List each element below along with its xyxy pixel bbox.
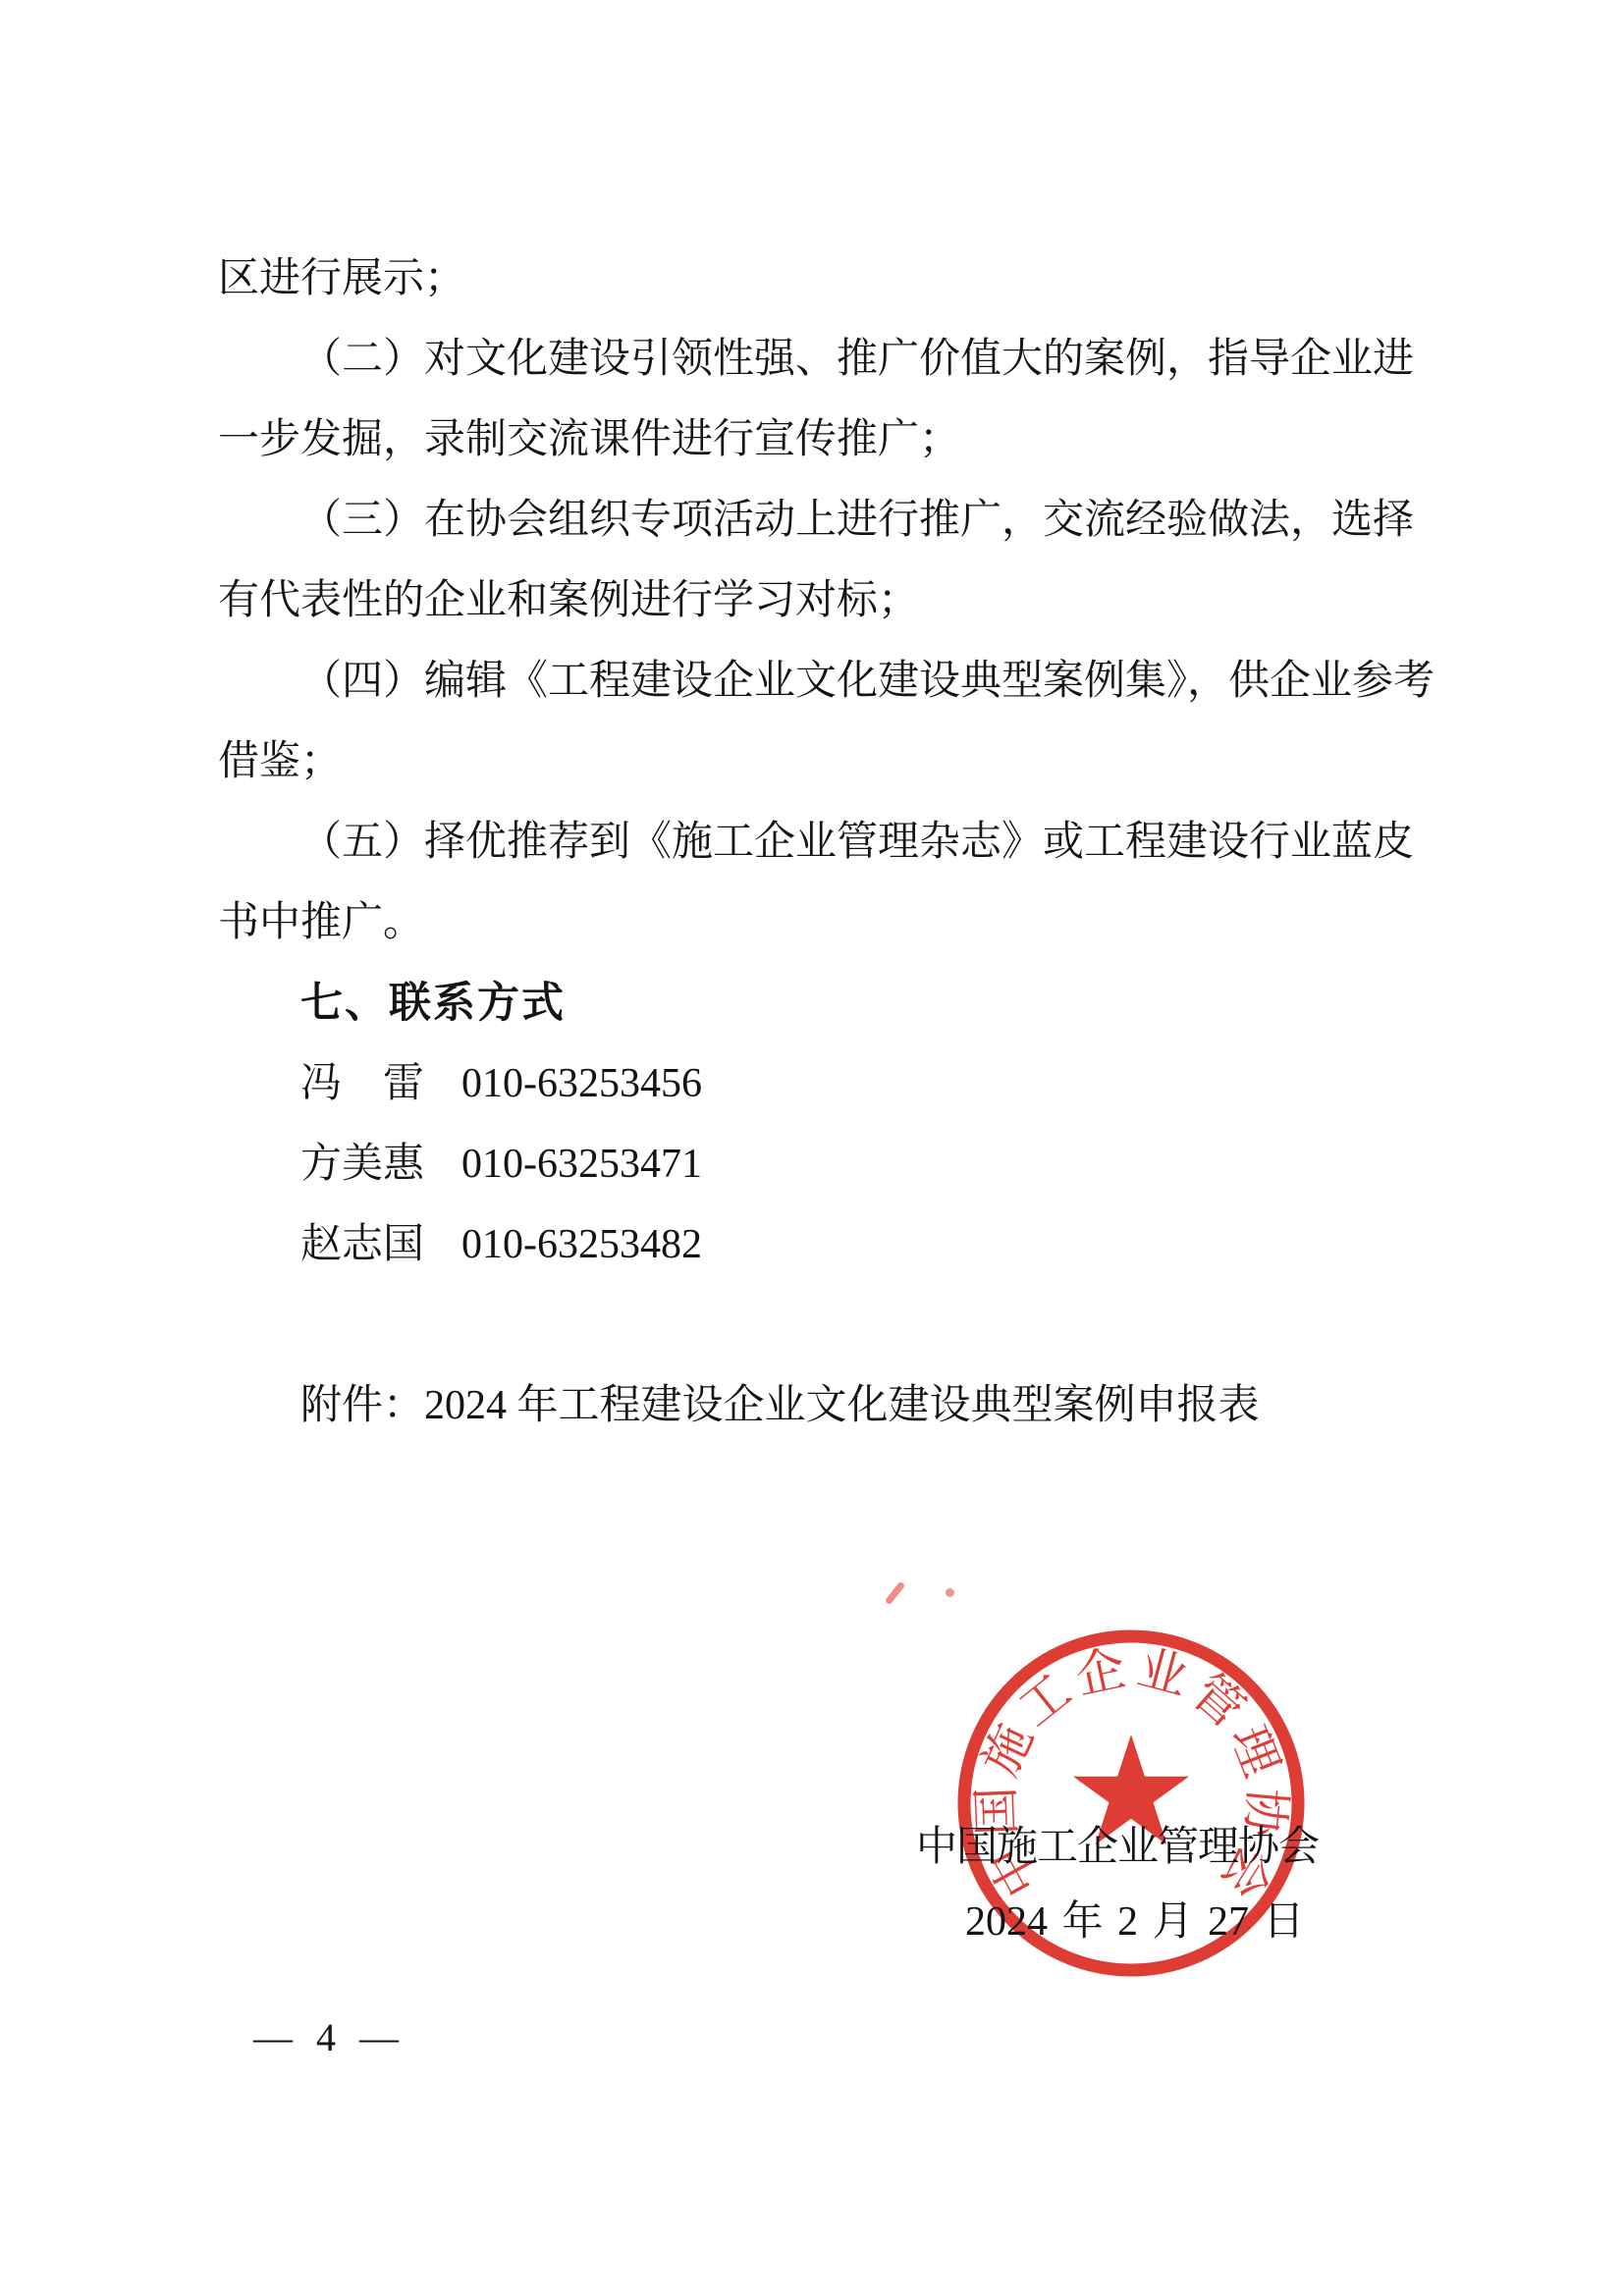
paragraph-continuation: 区进行展示； bbox=[218, 239, 1455, 319]
paragraph-item-5: （五）择优推荐到《施工企业管理杂志》或工程建设行业蓝皮 书中推广。 bbox=[218, 802, 1455, 963]
signature-date: 2024 年 2 月 27 日 bbox=[965, 1889, 1305, 1948]
contact-phone: 010-63253456 bbox=[461, 1043, 702, 1124]
contact-name: 赵志国 bbox=[300, 1204, 461, 1285]
paragraph-item-3: （三）在协会组织专项活动上进行推广，交流经验做法，选择 有代表性的企业和案例进行… bbox=[218, 480, 1455, 641]
seal-ink-speck bbox=[946, 1588, 954, 1597]
contact-row: 赵志国 010-63253482 bbox=[218, 1204, 1455, 1285]
paragraph-item-4: （四）编辑《工程建设企业文化建设典型案例集》，供企业参考 借鉴； bbox=[218, 641, 1455, 802]
signature-organization: 中国施工企业管理协会 bbox=[916, 1814, 1319, 1873]
page-number: — 4 — bbox=[253, 2014, 403, 2060]
seal-ink-speck bbox=[885, 1581, 906, 1606]
contact-name: 方美惠 bbox=[300, 1124, 461, 1204]
contact-row: 方美惠 010-63253471 bbox=[218, 1124, 1455, 1204]
document-body: 区进行展示； （二）对文化建设引领性强、推广价值大的案例，指导企业进 一步发掘，… bbox=[218, 239, 1455, 1446]
contact-phone: 010-63253471 bbox=[461, 1124, 702, 1204]
contact-name: 冯 雷 bbox=[300, 1043, 461, 1124]
section-heading: 七、联系方式 bbox=[218, 963, 1455, 1043]
attachment-line: 附件：2024 年工程建设企业文化建设典型案例申报表 bbox=[218, 1365, 1455, 1446]
contact-row: 冯 雷 010-63253456 bbox=[218, 1043, 1455, 1124]
contact-phone: 010-63253482 bbox=[461, 1204, 702, 1285]
document-page: 区进行展示； （二）对文化建设引领性强、推广价值大的案例，指导企业进 一步发掘，… bbox=[0, 0, 1624, 2296]
paragraph-item-2: （二）对文化建设引领性强、推广价值大的案例，指导企业进 一步发掘，录制交流课件进… bbox=[218, 319, 1455, 480]
